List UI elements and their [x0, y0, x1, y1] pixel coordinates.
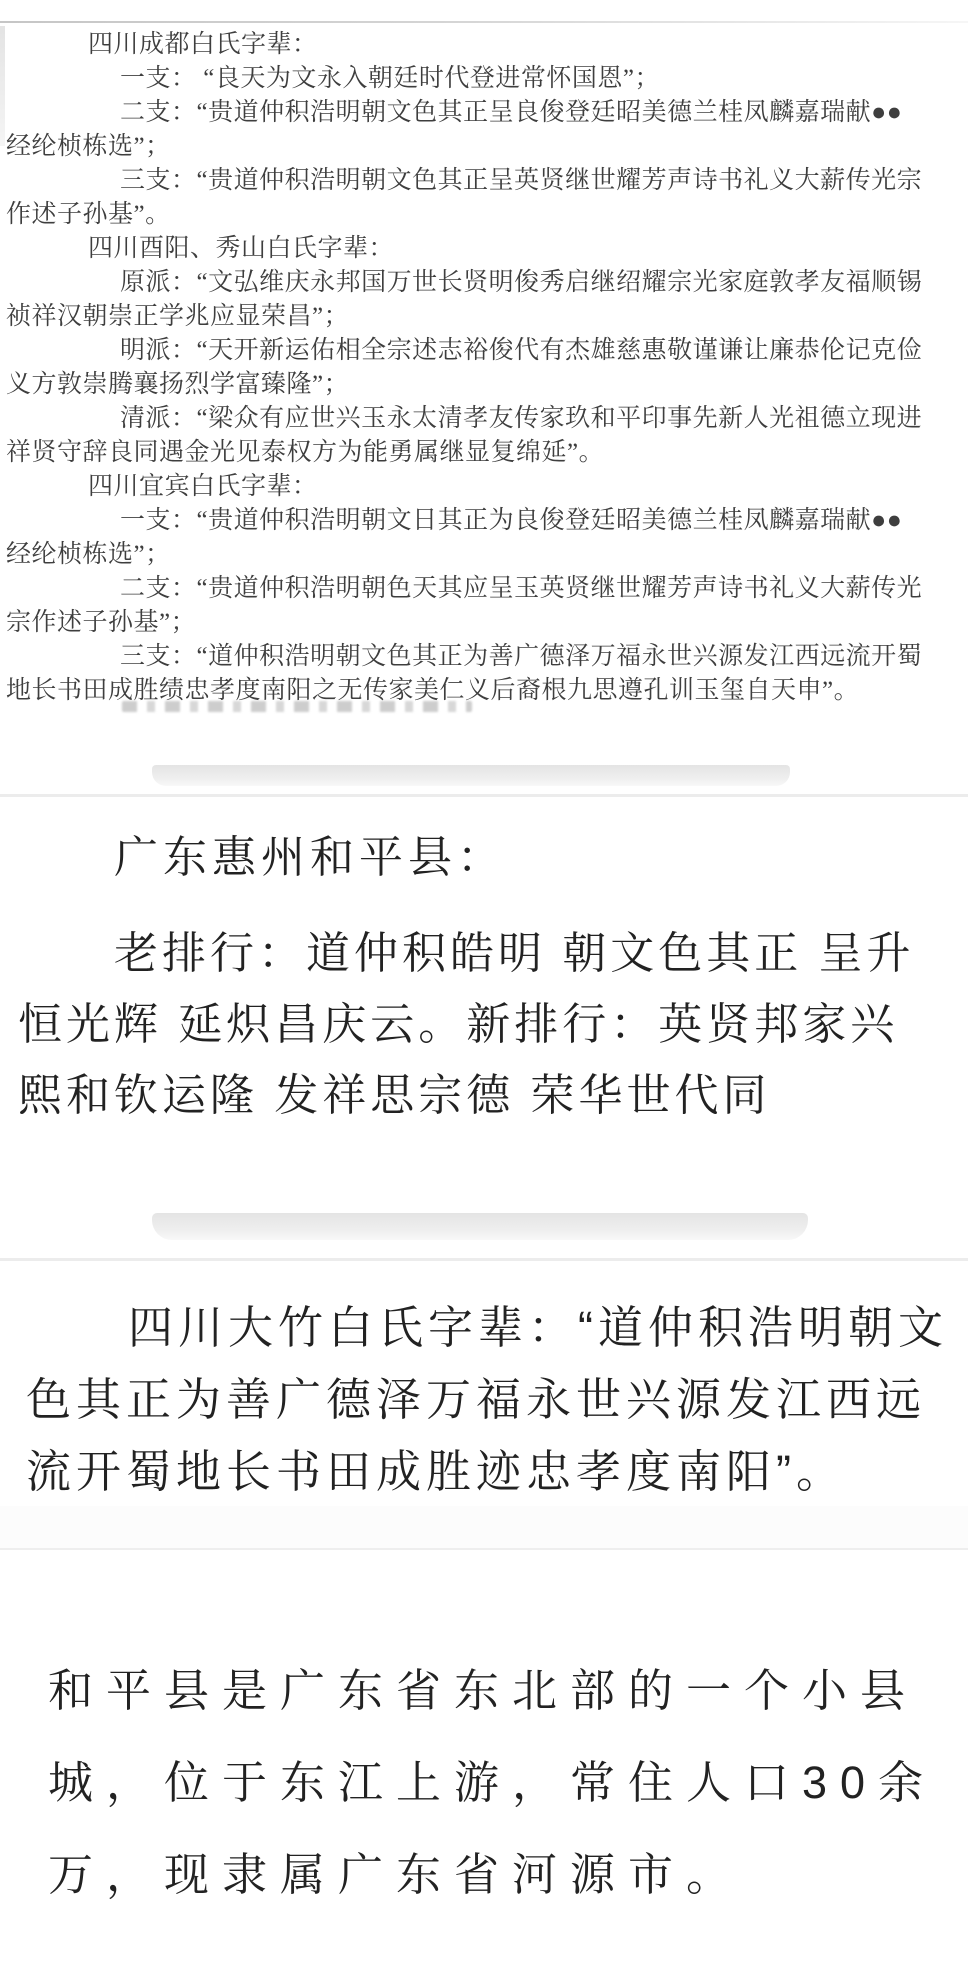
paragraph-line: 城，位于东江上游，常住人口30余 — [0, 1737, 968, 1829]
scan-text-line: 原派：“文弘维庆永邦国万世长贤明俊秀启继绍耀宗光家庭敦孝友福顺锡 — [0, 266, 968, 300]
card-bottom-shadow — [152, 1213, 808, 1240]
section-seam — [0, 1506, 968, 1550]
long-screenshot-page: 四川成都白氏字辈：一支： “良天为文永入朝廷时代登进常怀国恩”；二支：“贵道仲积… — [0, 0, 968, 1965]
section-paragraph: 老排行：道仲积皓明 朝文色其正 呈升恒光辉 延炽昌庆云。新排行：英贤邦家兴熙和钦… — [0, 918, 968, 1131]
paragraph-line: 和平县是广东省东北部的一个小县 — [0, 1645, 968, 1737]
paragraph-line: 恒光辉 延炽昌庆云。新排行：英贤邦家兴 — [0, 989, 968, 1060]
section-divider — [0, 1258, 968, 1261]
scanned-genealogy-document: 四川成都白氏字辈：一支： “良天为文永入朝廷时代登进常怀国恩”；二支：“贵道仲积… — [0, 28, 968, 708]
cropped-text-remnant-line — [122, 701, 472, 712]
scan-text-line: 二支：“贵道仲积浩明朝文色其正呈良俊登廷昭美德兰桂凤麟嘉瑞献●● — [0, 96, 968, 130]
scan-text-line: 二支：“贵道仲积浩明朝色天其应呈玉英贤继世耀芳声诗书礼义大薪传光 — [0, 572, 968, 606]
paragraph-line: 万，现隶属广东省河源市。 — [0, 1829, 968, 1921]
scan-text-line: 一支：“贵道仲积浩明朝文日其正为良俊登廷昭美德兰桂凤麟嘉瑞献●● — [0, 504, 968, 538]
scan-text-line: 明派：“天开新运佑相全宗述志裕俊代有杰雄慈惠敬谨谦让廉恭伦记克俭 — [0, 334, 968, 368]
scan-text-line: 义方敦崇腾襄扬烈学富臻隆”； — [0, 368, 968, 402]
paragraph-line: 四川大竹白氏字辈：“道仲积浩明朝文 — [0, 1292, 968, 1364]
scan-text-line: 四川宜宾白氏字辈： — [0, 470, 968, 504]
paragraph-line: 老排行：道仲积皓明 朝文色其正 呈升 — [0, 918, 968, 989]
card-bottom-shadow — [152, 765, 790, 786]
heping-intro-section: 和平县是广东省东北部的一个小县城，位于东江上游，常住人口30余万，现隶属广东省河… — [0, 1645, 968, 1921]
scan-text-line: 三支：“道仲积浩明朝文色其正为善广德泽万福永世兴源发江西远流开蜀 — [0, 640, 968, 674]
paragraph-line: 熙和钦运隆 发祥思宗德 荣华世代同 — [0, 1060, 968, 1131]
scan-text-line: 祥贤守辞良同遇金光见泰权方为能勇属继显复绵延”。 — [0, 436, 968, 470]
paragraph-line: 流开蜀地长书田成胜迹忠孝度南阳”。 — [0, 1436, 968, 1508]
section-divider — [0, 794, 968, 797]
scan-text-line: 经纶桢栋选”； — [0, 130, 968, 164]
scan-text-line: 四川酉阳、秀山白氏字辈： — [0, 232, 968, 266]
scan-text-line: 宗作述子孙基”； — [0, 606, 968, 640]
scan-text-line: 经纶桢栋选”； — [0, 538, 968, 572]
sichuan-dazhu-section: 四川大竹白氏字辈：“道仲积浩明朝文色其正为善广德泽万福永世兴源发江西远流开蜀地长… — [0, 1292, 968, 1508]
guangdong-heping-section: 广东惠州和平县： 老排行：道仲积皓明 朝文色其正 呈升恒光辉 延炽昌庆云。新排行… — [0, 828, 968, 1131]
scan-text-line: 作述子孙基”。 — [0, 198, 968, 232]
section-heading: 广东惠州和平县： — [0, 828, 968, 888]
scan-text-line: 祯祥汉朝崇正学兆应显荣昌”； — [0, 300, 968, 334]
scan-text-line: 一支： “良天为文永入朝廷时代登进常怀国恩”； — [0, 62, 968, 96]
scan-text-line: 清派：“梁众有应世兴玉永太清孝友传家玖和平印事先新人光祖德立现进 — [0, 402, 968, 436]
scan-text-line: 四川成都白氏字辈： — [0, 28, 968, 62]
scan-text-line: 三支：“贵道仲积浩明朝文色其正呈英贤继世耀芳声诗书礼义大薪传光宗 — [0, 164, 968, 198]
paragraph-line: 色其正为善广德泽万福永世兴源发江西远 — [0, 1364, 968, 1436]
scan-top-edge-line — [0, 21, 968, 23]
